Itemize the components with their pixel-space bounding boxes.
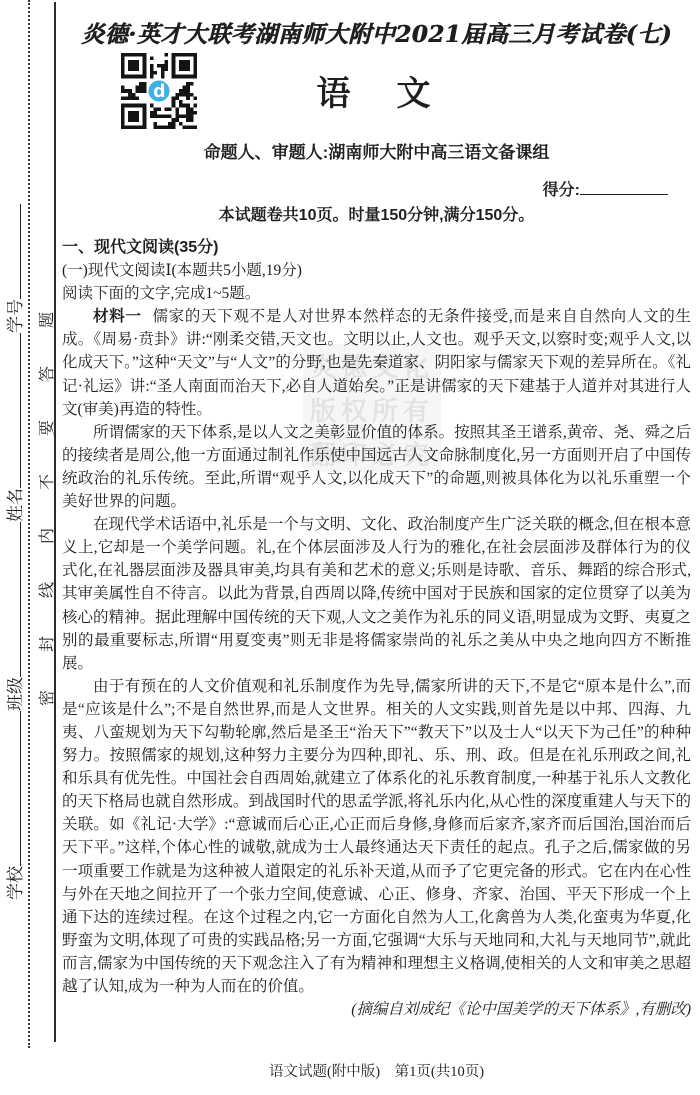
reading-instruction: 阅读下面的文字,完成1~5题。: [62, 282, 691, 305]
body-paragraph: 材料一儒家的天下观不是人对世界本然样态的无条件接受,而是来自自然向人文的生成。《…: [62, 305, 691, 420]
field-label-school: 学校: [6, 866, 25, 900]
reading-section: 一、现代文阅读(35分) (一)现代文阅读Ⅰ(本题共5小题,19分) 阅读下面的…: [62, 236, 691, 1021]
page-footer: 语文试题(附中版) 第1页(共10页): [62, 1060, 691, 1081]
field-label-student-number: 学号: [6, 299, 25, 333]
field-blank: [17, 204, 21, 299]
exam-page: 学校班级姓名学号 密封线内不要答题 炎德·英才大联考湖南师大附中2021届高三月…: [0, 0, 700, 1095]
student-info-fields: 学校班级姓名学号: [1, 204, 21, 900]
field-label-name: 姓名: [6, 488, 25, 522]
committee-line: 命题人、审题人:湖南师大附中高三语文备课组: [62, 138, 691, 163]
paragraph-text: 儒家的天下观不是人对世界本然样态的无条件接受,而是来自自然向人文的生成。《周易·…: [62, 308, 691, 417]
score-label: 得分:: [543, 182, 580, 199]
seal-dotted-line: [28, 0, 30, 1048]
body-paragraph: 由于有预在的人文价值观和礼乐制度作为先导,儒家所讲的天下,不是它“原本是什么”,…: [62, 675, 691, 998]
section-heading: 一、现代文阅读(35分): [62, 236, 691, 259]
exam-title: 炎德·英才大联考湖南师大附中2021届高三月考试卷(七): [62, 16, 691, 49]
field-blank: [17, 711, 21, 866]
paper-info: 本试题卷共10页。时量150分钟,满分150分。: [62, 202, 691, 225]
body-paragraph: 在现代学术话语中,礼乐是一个与文明、文化、政治制度产生广泛关联的概念,但在根本意…: [62, 513, 691, 675]
attribution: (摘编自刘成纪《论中国美学的天下体系》,有删改): [62, 998, 691, 1021]
subject-title: 语 文: [62, 66, 691, 115]
score-row: 得分:: [62, 177, 668, 200]
field-blank: [17, 522, 21, 677]
score-blank: [580, 190, 668, 195]
body-paragraph: 所谓儒家的天下体系,是以人文之美彰显价值的体系。按照其圣王谱系,黄帝、尧、舜之后…: [62, 421, 691, 513]
seal-notice-text: 密封线内不要答题: [34, 270, 52, 706]
material-one-label: 材料一: [93, 308, 142, 325]
subsection-heading: (一)现代文阅读Ⅰ(本题共5小题,19分): [62, 259, 691, 282]
field-blank: [17, 333, 21, 488]
field-label-class: 班级: [6, 677, 25, 711]
